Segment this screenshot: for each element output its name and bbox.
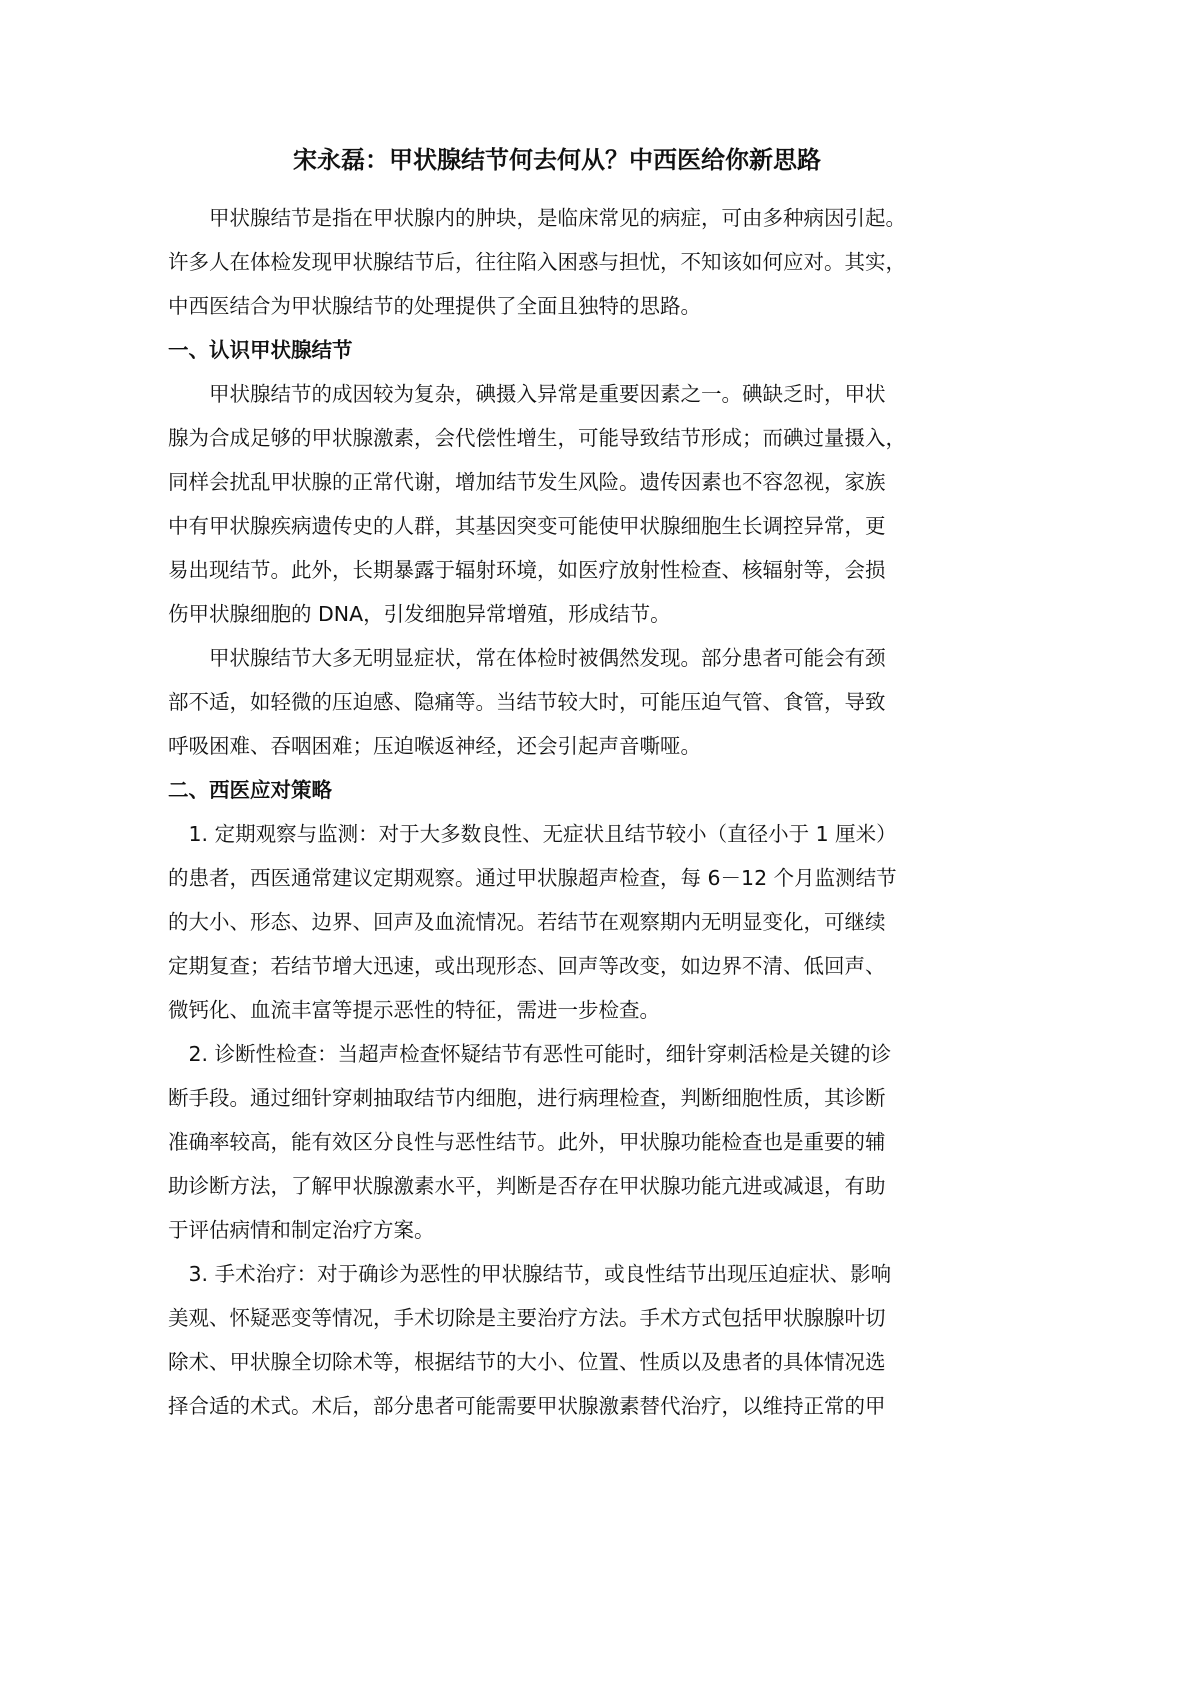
text-line: 美观、怀疑恶变等情况，手术切除是主要治疗方法。手术方式包括甲状腺腺叶切	[168, 1296, 946, 1340]
text-line: 腺为合成足够的甲状腺激素，会代偿性增生，可能导致结节形成；而碘过量摄入，	[168, 416, 946, 460]
text-line: 许多人在体检发现甲状腺结节后，往往陷入困惑与担忧，不知该如何应对。其实，	[168, 240, 946, 284]
section-1-paragraph-2: 甲状腺结节大多无明显症状，常在体检时被偶然发现。部分患者可能会有颈 部不适，如轻…	[168, 636, 946, 768]
section-2-item-3: 3. 手术治疗：对于确诊为恶性的甲状腺结节，或良性结节出现压迫症状、影响 美观、…	[168, 1252, 946, 1428]
text-line: 准确率较高，能有效区分良性与恶性结节。此外，甲状腺功能检查也是重要的辅	[168, 1120, 946, 1164]
section-2-item-1: 1. 定期观察与监测：对于大多数良性、无症状且结节较小（直径小于 1 厘米） 的…	[168, 812, 946, 1032]
text-line: 甲状腺结节大多无明显症状，常在体检时被偶然发现。部分患者可能会有颈	[168, 636, 946, 680]
text-line: 伤甲状腺细胞的 DNA，引发细胞异常增殖，形成结节。	[168, 592, 946, 636]
text-line: 定期复查；若结节增大迅速，或出现形态、回声等改变，如边界不清、低回声、	[168, 944, 946, 988]
text-line: 择合适的术式。术后，部分患者可能需要甲状腺激素替代治疗，以维持正常的甲	[168, 1384, 946, 1428]
text-line: 部不适，如轻微的压迫感、隐痛等。当结节较大时，可能压迫气管、食管，导致	[168, 680, 946, 724]
text-line: 断手段。通过细针穿刺抽取结节内细胞，进行病理检查，判断细胞性质，其诊断	[168, 1076, 946, 1120]
text-line: 甲状腺结节是指在甲状腺内的肿块，是临床常见的病症，可由多种病因引起。	[168, 196, 946, 240]
text-line: 3. 手术治疗：对于确诊为恶性的甲状腺结节，或良性结节出现压迫症状、影响	[168, 1252, 946, 1296]
section-heading-1: 一、认识甲状腺结节	[168, 328, 946, 372]
text-line: 助诊断方法，了解甲状腺激素水平，判断是否存在甲状腺功能亢进或减退，有助	[168, 1164, 946, 1208]
text-line: 于评估病情和制定治疗方案。	[168, 1208, 946, 1252]
text-line: 除术、甲状腺全切除术等，根据结节的大小、位置、性质以及患者的具体情况选	[168, 1340, 946, 1384]
text-line: 甲状腺结节的成因较为复杂，碘摄入异常是重要因素之一。碘缺乏时，甲状	[168, 372, 946, 416]
text-line: 微钙化、血流丰富等提示恶性的特征，需进一步检查。	[168, 988, 946, 1032]
section-1-paragraph-1: 甲状腺结节的成因较为复杂，碘摄入异常是重要因素之一。碘缺乏时，甲状 腺为合成足够…	[168, 372, 946, 636]
text-line: 同样会扰乱甲状腺的正常代谢，增加结节发生风险。遗传因素也不容忽视，家族	[168, 460, 946, 504]
text-line: 中有甲状腺疾病遗传史的人群，其基因突变可能使甲状腺细胞生长调控异常，更	[168, 504, 946, 548]
text-line: 中西医结合为甲状腺结节的处理提供了全面且独特的思路。	[168, 284, 946, 328]
section-heading-2: 二、西医应对策略	[168, 768, 946, 812]
section-2-item-2: 2. 诊断性检查：当超声检查怀疑结节有恶性可能时，细针穿刺活检是关键的诊 断手段…	[168, 1032, 946, 1252]
intro-paragraph: 甲状腺结节是指在甲状腺内的肿块，是临床常见的病症，可由多种病因引起。 许多人在体…	[168, 196, 946, 328]
text-line: 易出现结节。此外，长期暴露于辐射环境，如医疗放射性检查、核辐射等，会损	[168, 548, 946, 592]
document-title: 宋永磊：甲状腺结节何去何从？中西医给你新思路	[168, 142, 946, 178]
text-line: 1. 定期观察与监测：对于大多数良性、无症状且结节较小（直径小于 1 厘米）	[168, 812, 946, 856]
text-line: 的患者，西医通常建议定期观察。通过甲状腺超声检查，每 6－12 个月监测结节	[168, 856, 946, 900]
text-line: 2. 诊断性检查：当超声检查怀疑结节有恶性可能时，细针穿刺活检是关键的诊	[168, 1032, 946, 1076]
document-page: 宋永磊：甲状腺结节何去何从？中西医给你新思路 甲状腺结节是指在甲状腺内的肿块，是…	[168, 142, 946, 1428]
text-line: 的大小、形态、边界、回声及血流情况。若结节在观察期内无明显变化，可继续	[168, 900, 946, 944]
text-line: 呼吸困难、吞咽困难；压迫喉返神经，还会引起声音嘶哑。	[168, 724, 946, 768]
